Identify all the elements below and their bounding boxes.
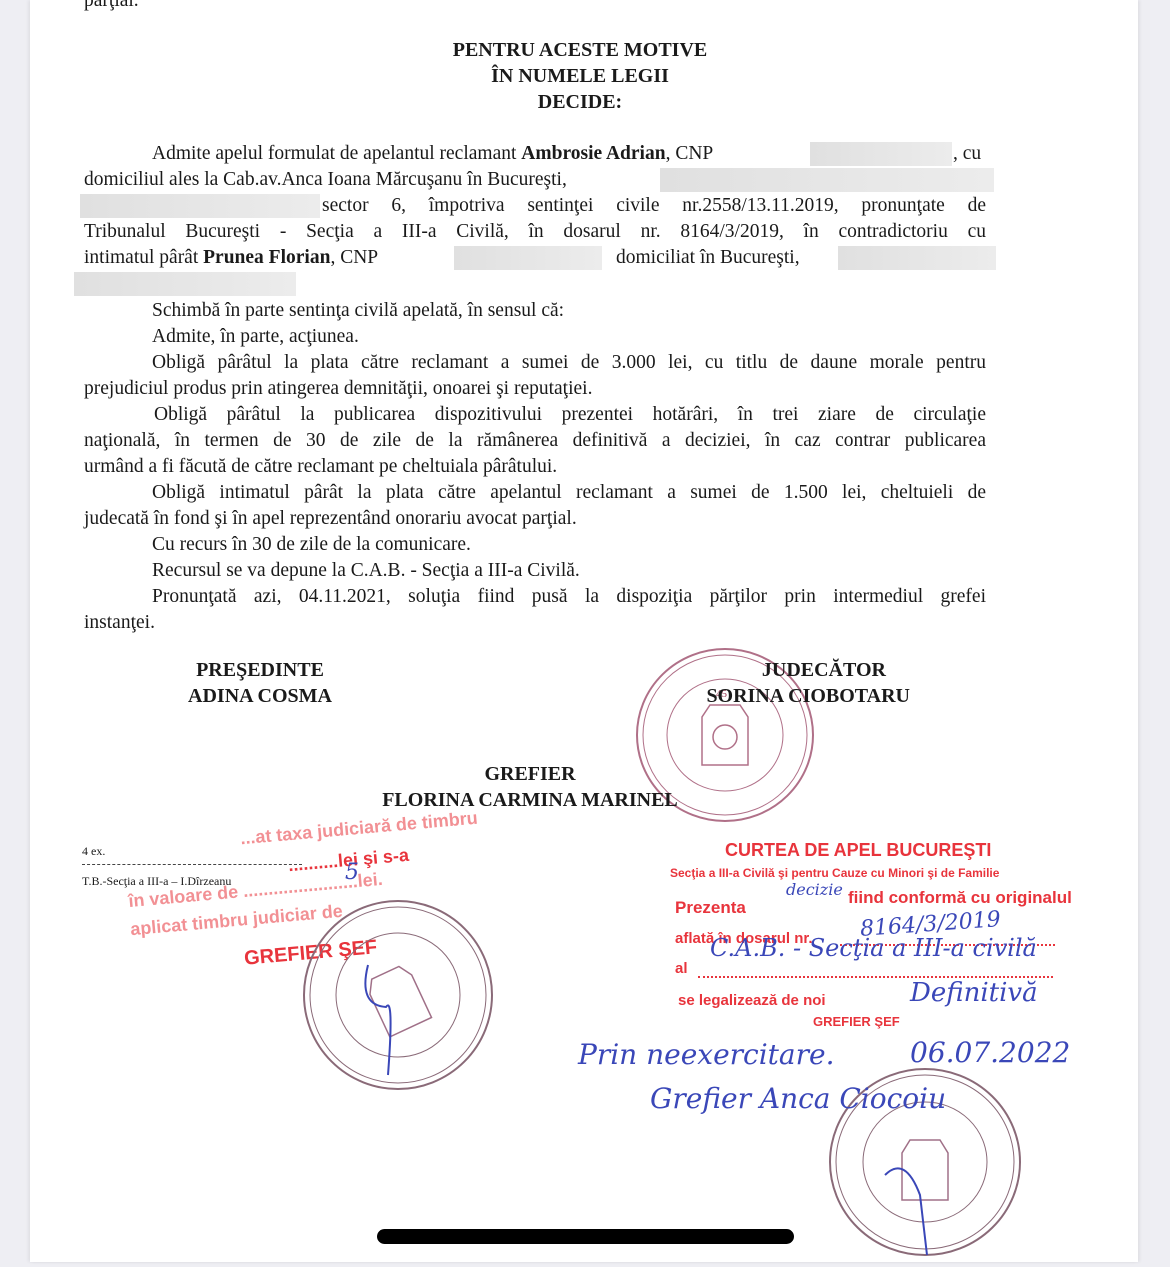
paragraph-line: Cu recurs în 30 de zile de la comunicare… [152, 532, 471, 558]
certification-court: CURTEA DE APEL BUCUREŞTI [725, 840, 991, 861]
judge-signature: JUDECĂTOR SORINA CIOBOTARU [650, 657, 910, 709]
handwritten-clerk-signature: Grefier Anca Ciocoiu [650, 1082, 946, 1115]
heading-line: PENTRU ACESTE MOTIVE [320, 37, 840, 63]
handwritten-amount: 5 [345, 860, 359, 885]
paragraph-line: Recursul se va depune la C.A.B. - Secţia… [152, 558, 580, 584]
top-fragment: parţial. [84, 0, 139, 14]
handwritten-note: Prin neexercitare. [578, 1038, 834, 1071]
paragraph-line: sector 6, împotriva sentinţei civile nr.… [322, 193, 986, 219]
paragraph-line: Schimbă în parte sentinţa civilă apelată… [152, 298, 564, 324]
clerk-signature: GREFIER FLORINA CARMINA MARINEL [360, 761, 700, 813]
document-page: parţial. PENTRU ACESTE MOTIVE ÎN NUMELE … [30, 0, 1138, 1262]
fee-stamp-line: ...at taxa judiciară de timbru [240, 808, 479, 850]
redacted-cnp [454, 246, 602, 270]
paragraph-line: Obligă intimatul pârât la plata către ap… [152, 480, 986, 506]
court-seal-icon [298, 895, 498, 1095]
paragraph-line: judecată în fond şi în apel reprezentând… [84, 506, 577, 532]
redacted-address [660, 168, 994, 192]
paragraph-line: Pronunţată azi, 04.11.2021, soluţia fiin… [152, 584, 986, 610]
heading-line: DECIDE: [320, 89, 840, 115]
paragraph-line: Obligă pârâtul la publicarea dispozitivu… [154, 402, 986, 428]
paragraph-line: intimatul pârât Prunea Florian, CNP [84, 245, 378, 271]
president-signature: PREŞEDINTE ADINA COSMA [170, 657, 350, 709]
paragraph-line: naţională, în termen de 30 de zile de la… [84, 428, 986, 454]
handwritten-definitive: Definitivă [910, 978, 1038, 1008]
redacted-cnp [810, 142, 952, 166]
respondent-name: Prunea Florian [203, 247, 330, 268]
appellant-name: Ambrosie Adrian [521, 143, 665, 164]
handwritten-section: C.A.B. - Secţia a III-a civilă [710, 934, 1037, 962]
paragraph-line: Tribunalul Bucureşti - Secţia a III-a Ci… [84, 219, 986, 245]
redacted-address [838, 246, 996, 270]
paragraph-line: domiciliul ales la Cab.av.Anca Ioana Măr… [84, 167, 567, 193]
handwritten-document-type: decizie [786, 880, 843, 899]
home-indicator[interactable] [377, 1229, 794, 1244]
paragraph-line: instanţei. [84, 610, 155, 636]
paragraph-line: prejudiciul produs prin atingerea demnit… [84, 376, 592, 402]
paragraph-line: Admite apelul formulat de apelantul recl… [152, 141, 713, 167]
divider [82, 864, 302, 865]
decision-heading: PENTRU ACESTE MOTIVE ÎN NUMELE LEGII DEC… [320, 37, 840, 115]
copies-note: 4 ex. [82, 844, 105, 859]
certification-section: Secţia a III-a Civilă şi pentru Cauze cu… [670, 866, 999, 880]
paragraph-line: Obligă pârâtul la plata către reclamant … [152, 350, 986, 376]
paragraph-line: urmând a fi făcută de către reclamant pe… [84, 454, 557, 480]
paragraph-line: Admite, în parte, acţiunea. [152, 324, 359, 350]
heading-line: ÎN NUMELE LEGII [320, 63, 840, 89]
redacted-address [74, 272, 296, 296]
redacted-address [80, 194, 320, 218]
